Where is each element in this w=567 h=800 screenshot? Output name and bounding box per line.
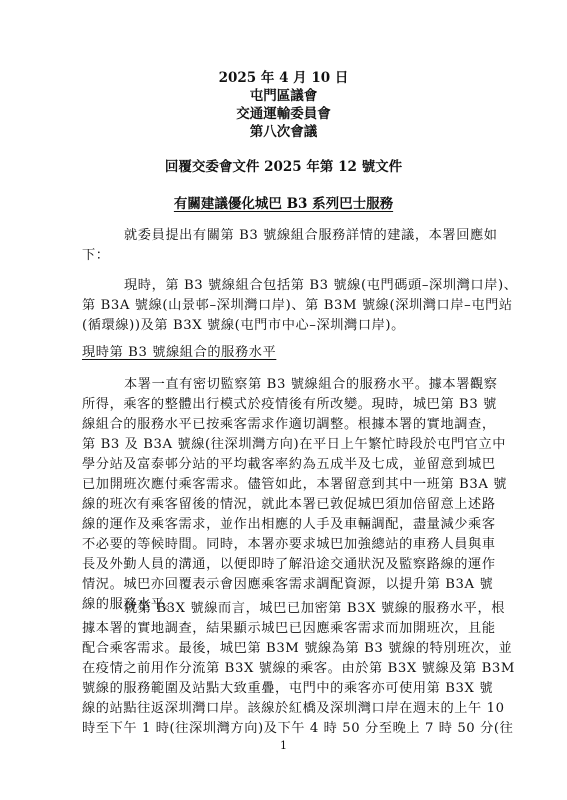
paragraph-line: 時至下午 1 時(往深圳灣方向)及下午 4 時 50 分至晚上 7 時 50 分… — [82, 719, 486, 739]
paragraph-line: 學分站及富泰邨分站的平均載客率約為五成半及七成，並留意到城巴 — [82, 455, 486, 475]
paragraph-line: 線的站點往返深圳灣口岸。該線於紅橋及深圳灣口岸在週末的上午 10 — [82, 699, 486, 719]
council-name: 屯門區議會 — [0, 87, 567, 105]
paragraph-line: 線的運作及乘客需求，並作出相應的人手及車輛調配，盡量減少乘客 — [82, 515, 486, 535]
committee-name: 交通運輸委員會 — [0, 105, 567, 123]
paragraph-route-composition: 現時，第 B3 號線組合包括第 B3 號線(屯門碼頭–深圳灣口岸)、 第 B3A… — [82, 276, 486, 336]
paragraph-line: 線的班次有乘客留後的情況，就此本署已敦促城巴須加倍留意上述路 — [82, 495, 486, 515]
paragraph-line: 號線的服務範圍及站點大致重疊，屯門中的乘客亦可使用第 B3X 號 — [82, 679, 486, 699]
paragraph-line: 在疫情之前用作分流第 B3X 號線的乘客。由於第 B3X 號線及第 B3M — [82, 659, 486, 679]
paragraph-line: 下： — [82, 246, 486, 266]
paragraph-intro: 就委員提出有關第 B3 號線組合服務詳情的建議，本署回應如 下： — [82, 226, 486, 266]
meeting-date: 2025 年 4 月 10 日 — [0, 69, 567, 87]
paragraph-line: 現時，第 B3 號線組合包括第 B3 號線(屯門碼頭–深圳灣口岸)、 — [82, 276, 486, 296]
paragraph-line: 不必要的等候時間。同時，本署亦要求城巴加強總站的車務人員與車 — [82, 535, 486, 555]
section-heading: 現時第 B3 號線組合的服務水平 — [82, 343, 276, 363]
document-title-text: 有關建議優化城巴 B3 系列巴士服務 — [174, 196, 393, 212]
paragraph-line: 情況。城巴亦回覆表示會因應乘客需求調配資源，以提升第 B3A 號 — [82, 575, 486, 595]
paragraph-line: 本署一直有密切監察第 B3 號線組合的服務水平。據本署觀察 — [82, 375, 486, 395]
paragraph-line: 配合乘客需求。最後，城巴第 B3M 號線為第 B3 號線的特別班次，並 — [82, 639, 486, 659]
paragraph-line: 線組合的服務水平已按乘客需求作適切調整。根據本署的實地調查， — [82, 415, 486, 435]
paragraph-line: 已加開班次應付乘客需求。儘管如此，本署留意到其中一班第 B3A 號 — [82, 475, 486, 495]
paragraph-line: 就委員提出有關第 B3 號線組合服務詳情的建議，本署回應如 — [82, 226, 486, 246]
paragraph-line: 第 B3 及 B3A 號線(往深圳灣方向)在平日上午繁忙時段於屯門官立中 — [82, 435, 486, 455]
paragraph-line: 所得，乘客的整體出行模式於疫情後有所改變。現時，城巴第 B3 號 — [82, 395, 486, 415]
document-reference: 回覆交委會文件 2025 年第 12 號文件 — [0, 158, 567, 176]
paragraph-service-level: 本署一直有密切監察第 B3 號線組合的服務水平。據本署觀察 所得，乘客的整體出行… — [82, 375, 486, 615]
page-number: 1 — [0, 739, 567, 753]
paragraph-line: 第 B3A 號線(山景邨–深圳灣口岸)、第 B3M 號線(深圳灣口岸–屯門站 — [82, 296, 486, 316]
document-title: 有關建議優化城巴 B3 系列巴士服務 — [0, 195, 567, 213]
paragraph-b3x-b3m: 就第 B3X 號線而言，城巴已加密第 B3X 號線的服務水平，根 據本署的實地調… — [82, 599, 486, 739]
paragraph-line: 長及外勤人員的溝通，以便即時了解沿途交通狀況及監察路線的運作 — [82, 555, 486, 575]
paragraph-line: (循環線))及第 B3X 號線(屯門市中心–深圳灣口岸)。 — [82, 316, 486, 336]
paragraph-line: 就第 B3X 號線而言，城巴已加密第 B3X 號線的服務水平，根 — [82, 599, 486, 619]
document-page: 2025 年 4 月 10 日 屯門區議會 交通運輸委員會 第八次會議 回覆交委… — [0, 0, 567, 800]
meeting-number: 第八次會議 — [0, 123, 567, 141]
paragraph-line: 據本署的實地調查，結果顯示城巴已因應乘客需求而加開班次，且能 — [82, 619, 486, 639]
